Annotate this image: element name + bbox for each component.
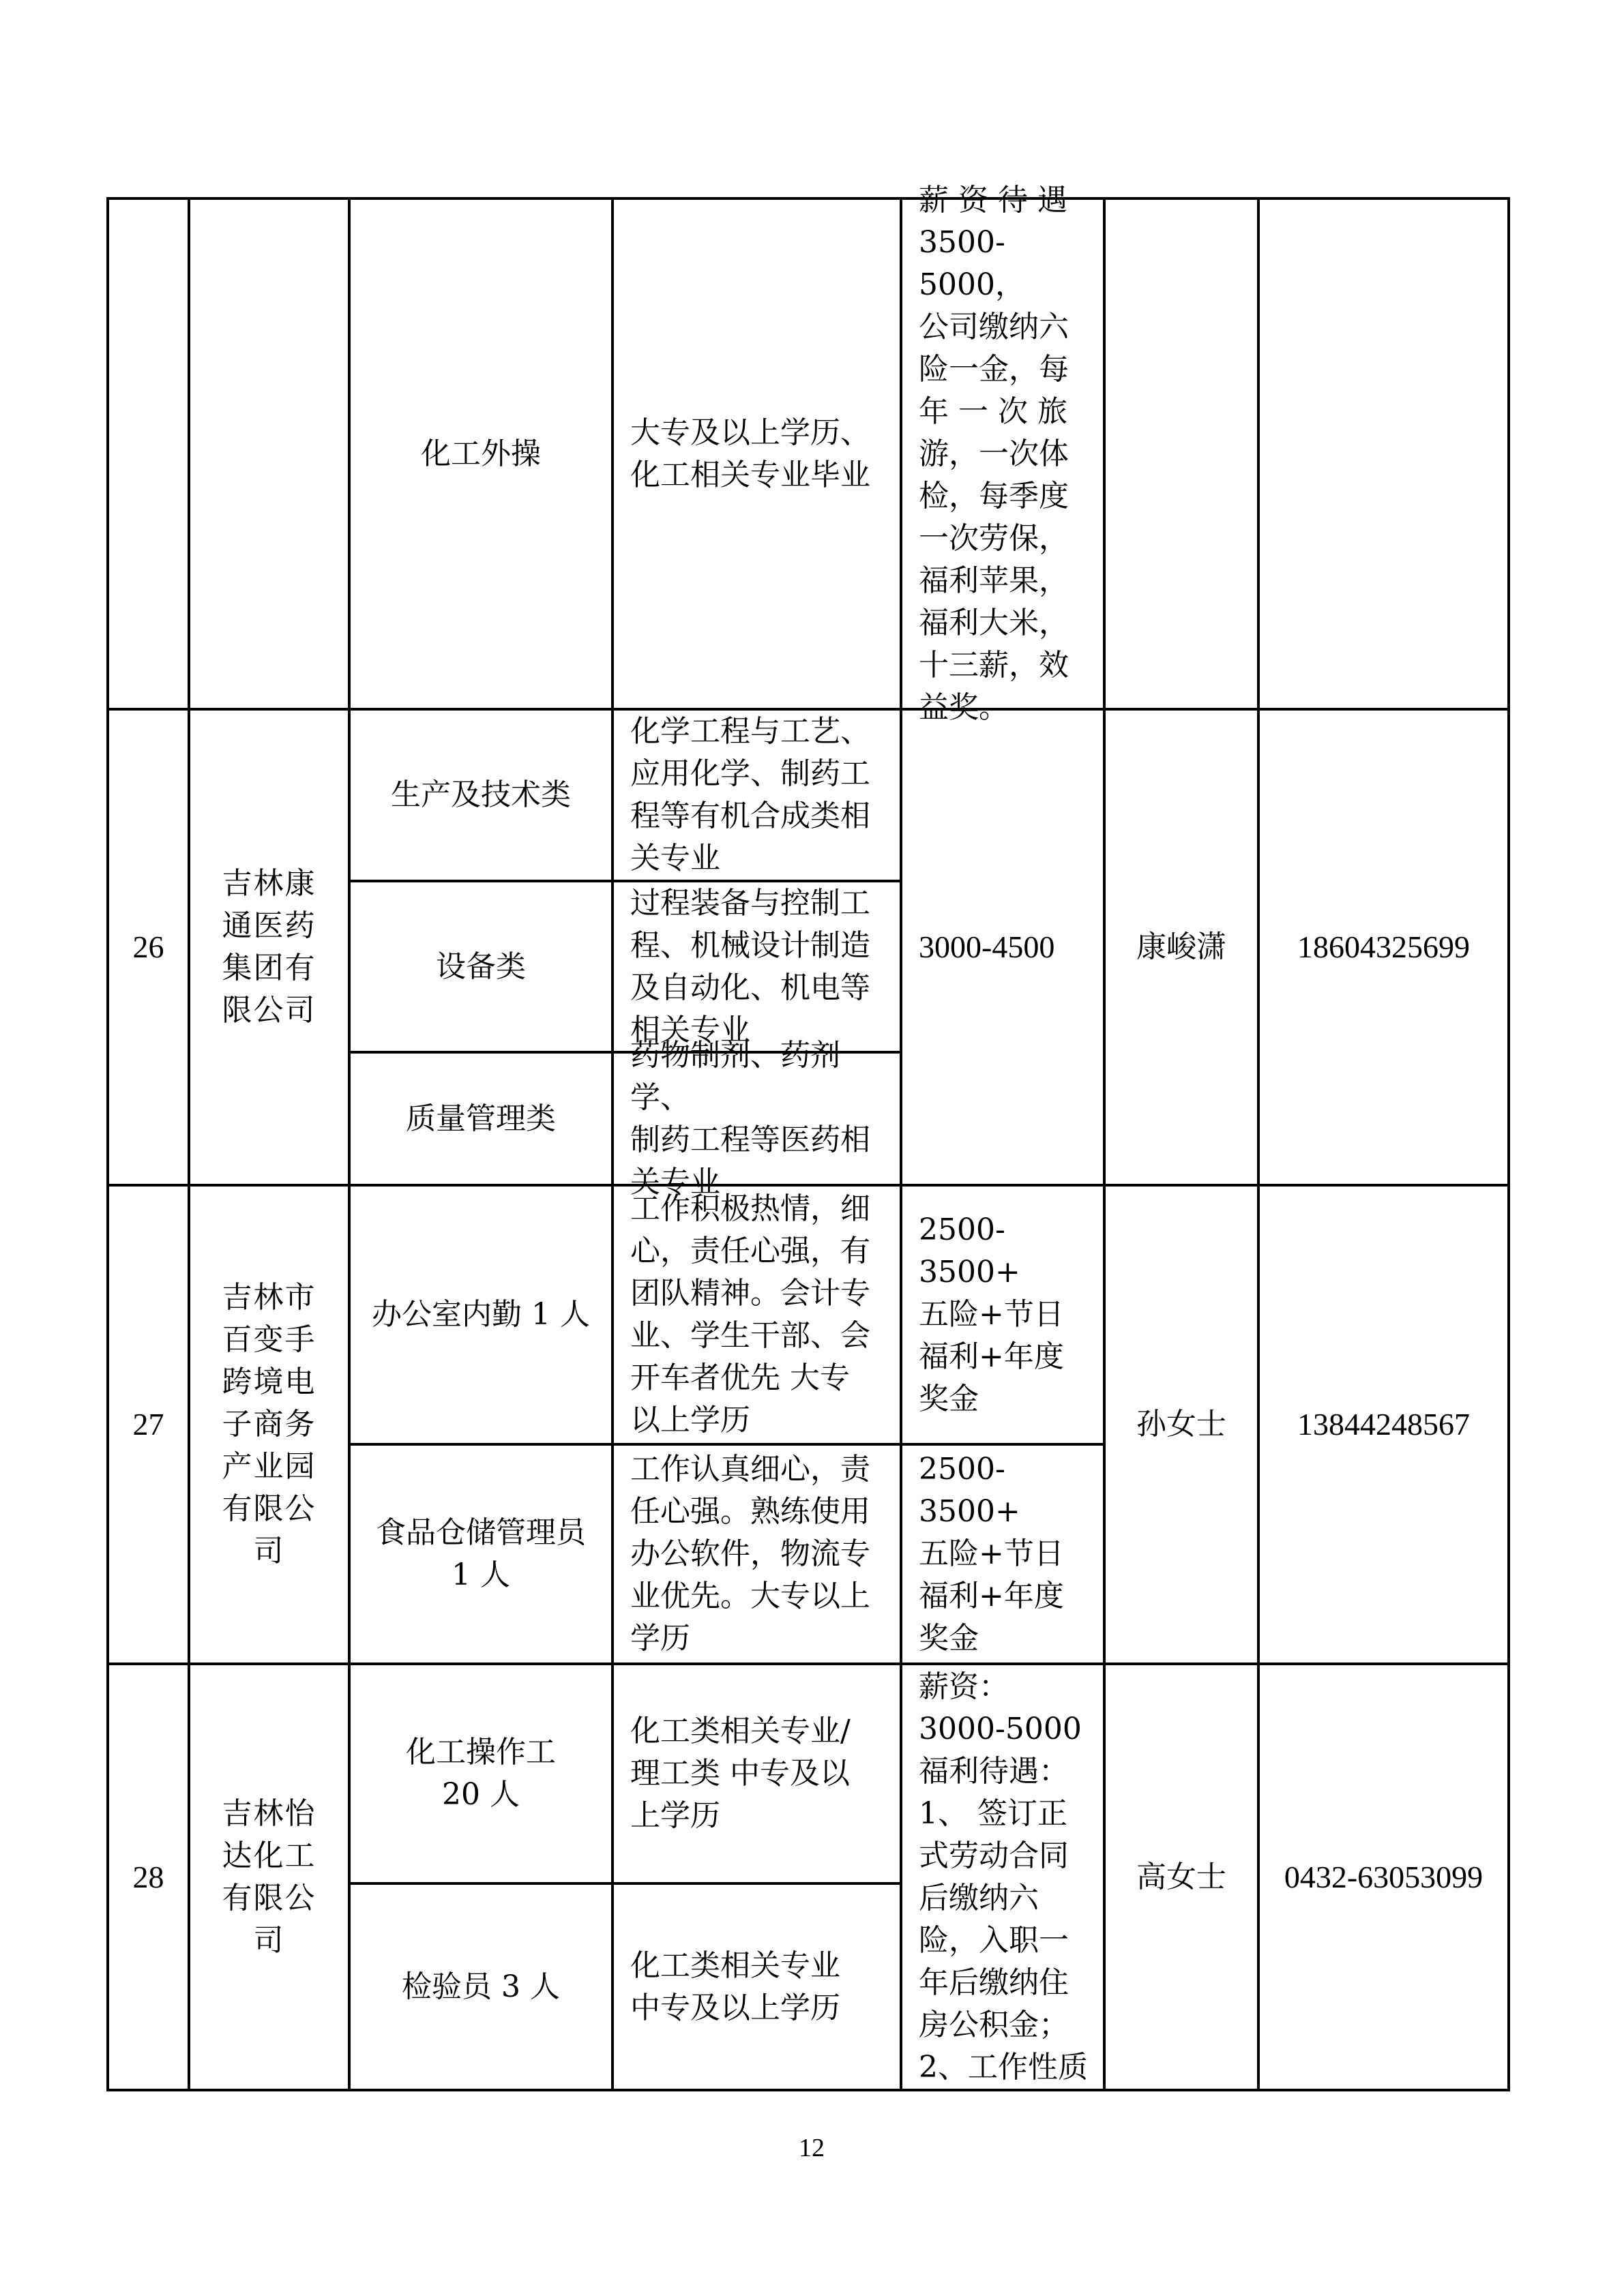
position-title: 设备类 bbox=[351, 882, 611, 1051]
row-number: 28 bbox=[109, 1665, 188, 2089]
row-number: 26 bbox=[109, 711, 188, 1184]
contact-phone: 13844248567 bbox=[1260, 1187, 1507, 1663]
table-border-bottom bbox=[106, 2089, 1510, 2091]
position-requirement: 化学工程与工艺、 应用化学、制药工 程等有机合成类相 关专业 bbox=[614, 711, 900, 880]
company-name: 吉林市 百变手 跨境电 子商务 产业园 有限公 司 bbox=[190, 1187, 348, 1663]
position-title: 生产及技术类 bbox=[351, 711, 611, 880]
row-number: 27 bbox=[109, 1187, 188, 1663]
contact-person: 高女士 bbox=[1106, 1665, 1257, 2089]
salary: 3000-4500 bbox=[902, 711, 1103, 1184]
company-name: 吉林康 通医药 集团有 限公司 bbox=[190, 711, 348, 1184]
position-requirement: 化工类相关专业/ 理工类 中专及以 上学历 bbox=[614, 1665, 900, 1882]
position-requirement: 工作认真细心，责 任心强。熟练使用 办公软件，物流专 业优先。大专以上 学历 bbox=[614, 1446, 900, 1663]
position-title: 化工外操 bbox=[351, 200, 611, 708]
company-name: 吉林怡 达化工 有限公 司 bbox=[190, 1665, 348, 2089]
salary-benefits: 2500-3500+ 五险+节日 福利+年度 奖金 bbox=[902, 1446, 1103, 1663]
position-requirement: 工作积极热情，细 心，责任心强，有 团队精神。会计专 业、学生干部、会 开车者优… bbox=[614, 1187, 900, 1443]
contact-phone: 18604325699 bbox=[1260, 711, 1507, 1184]
position-requirement: 化工类相关专业 中专及以上学历 bbox=[614, 1885, 900, 2089]
position-title: 办公室内勤 1 人 bbox=[351, 1187, 611, 1443]
position-title: 质量管理类 bbox=[351, 1054, 611, 1184]
table-border-right bbox=[1507, 197, 1510, 2091]
salary-benefits: 薪资： 3000-5000 福利待遇： 1、 签订正 式劳动合同 后缴纳六 险，… bbox=[902, 1665, 1103, 2089]
contact-person: 康峻潇 bbox=[1106, 711, 1257, 1184]
position-requirement: 过程装备与控制工 程、机械设计制造 及自动化、机电等 相关专业 bbox=[614, 882, 900, 1051]
position-title: 化工操作工 20 人 bbox=[351, 1665, 611, 1882]
position-title: 检验员 3 人 bbox=[351, 1885, 611, 2089]
position-requirement: 药物制剂、药剂学、 制药工程等医药相 关专业 bbox=[614, 1054, 900, 1184]
position-requirement: 大专及以上学历、 化工相关专业毕业 bbox=[614, 200, 900, 708]
page-number: 12 bbox=[784, 2133, 839, 2163]
position-title: 食品仓储管理员 1 人 bbox=[351, 1446, 611, 1663]
salary-benefits: 薪 资 待 遇 3500-5000， 公司缴纳六 险一金，每 年 一 次 旅 游… bbox=[902, 200, 1103, 708]
salary-benefits: 2500-3500+ 五险+节日 福利+年度 奖金 bbox=[902, 1187, 1103, 1443]
contact-person: 孙女士 bbox=[1106, 1187, 1257, 1663]
contact-phone: 0432-63053099 bbox=[1260, 1665, 1507, 2089]
